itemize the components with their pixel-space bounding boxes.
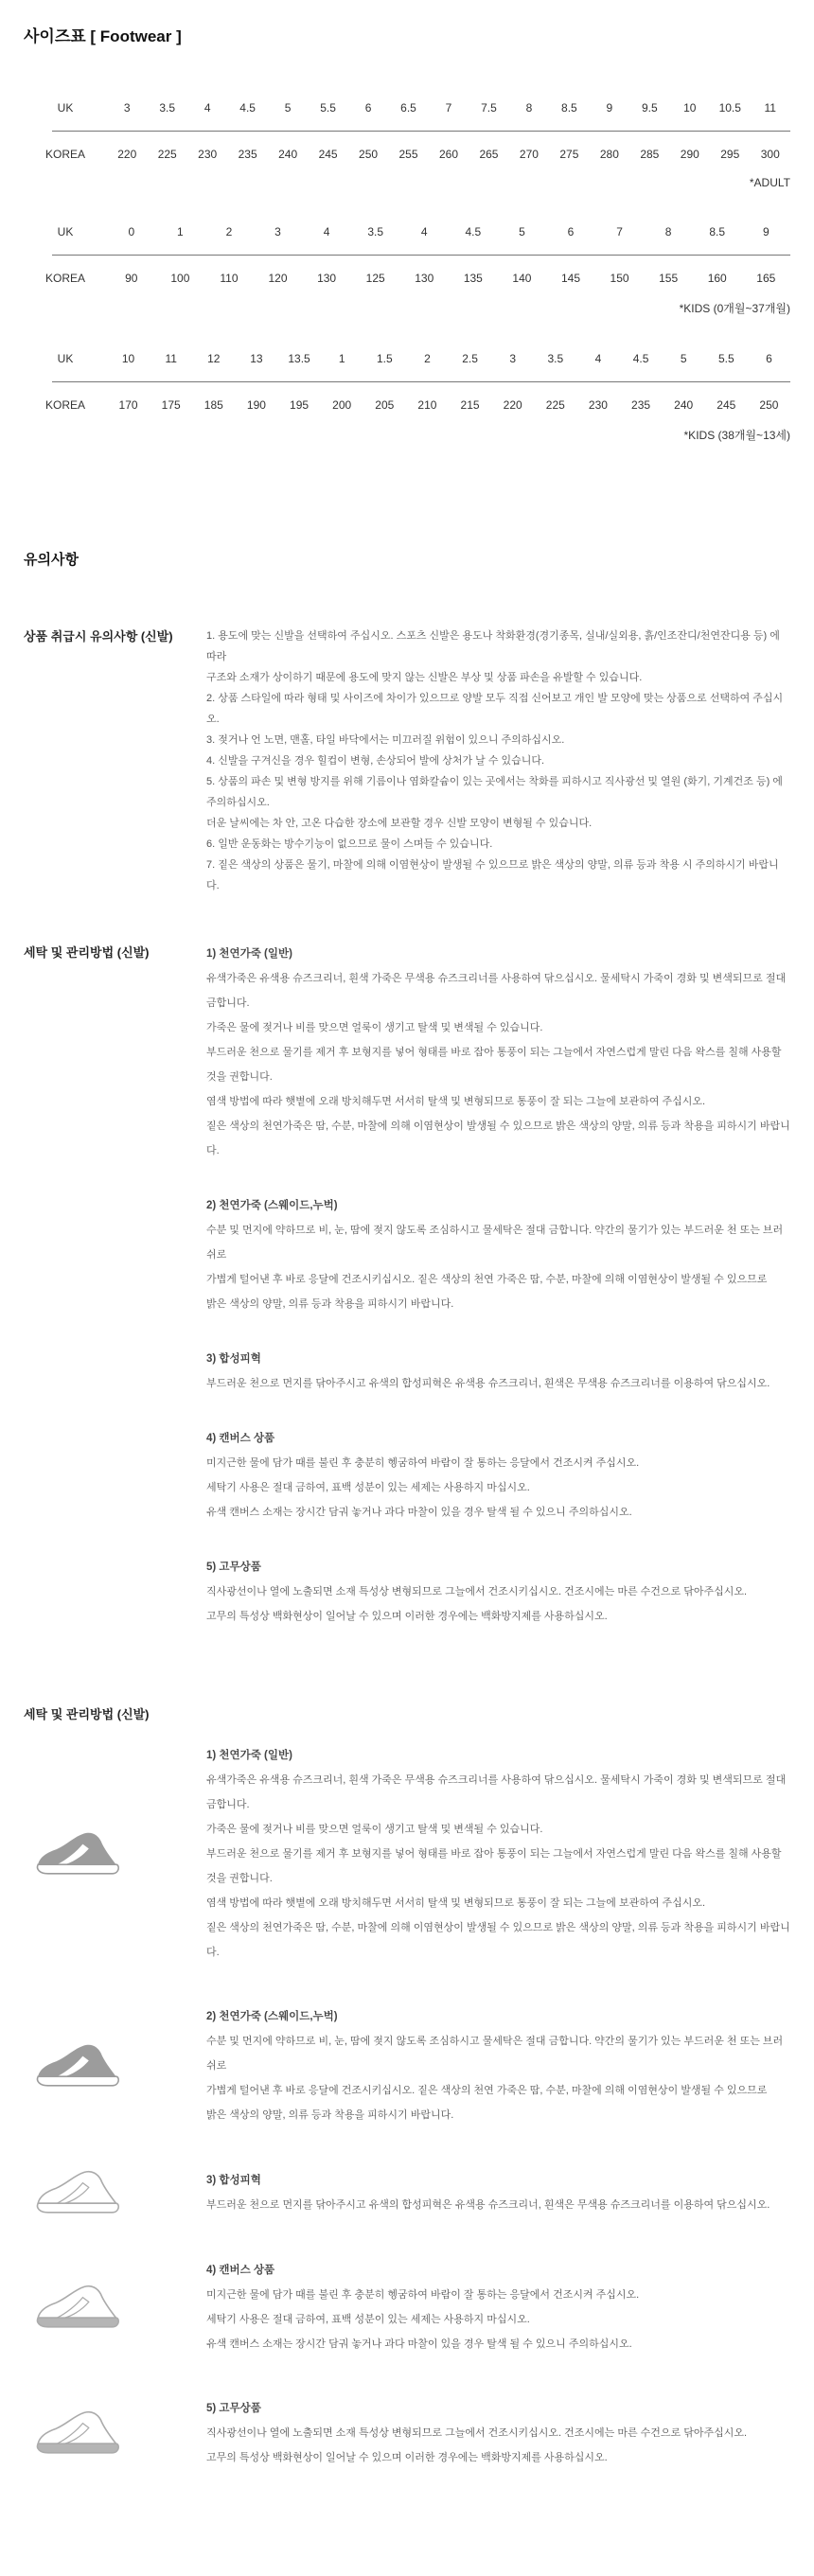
size-table-group: UK012343.544.556788.59KOREA9010011012013…	[24, 214, 790, 316]
size-value: 10	[670, 101, 710, 115]
size-value: 9	[742, 225, 791, 238]
care-section-label: 세탁 및 관리방법 (신발)	[24, 942, 206, 961]
size-value: 225	[147, 148, 186, 161]
size-table-group: UK33.544.555.566.577.588.599.51010.511KO…	[24, 90, 790, 189]
size-value: 140	[498, 272, 547, 285]
table-divider	[52, 255, 790, 256]
size-value: 200	[321, 398, 363, 412]
size-row-label: KOREA	[24, 398, 107, 412]
size-row-korea: KOREA17017518519019520020521021522022523…	[24, 387, 790, 423]
size-value: 1	[156, 225, 205, 238]
size-value: 4	[302, 225, 351, 238]
care-method-heading: 1) 천연가죽 (일반)	[206, 942, 790, 966]
size-value: 220	[491, 398, 534, 412]
size-value: 2.5	[449, 352, 491, 365]
care-method-line: 가죽은 물에 젖거나 비를 맞으면 얼룩이 생기고 탈색 및 변색될 수 있습니…	[206, 1817, 790, 1842]
size-value: 2	[406, 352, 449, 365]
size-row-label: UK	[24, 225, 107, 238]
footwear-info-page: 사이즈표 [ Footwear ] UK33.544.555.566.577.5…	[0, 0, 814, 2576]
size-value: 230	[187, 148, 227, 161]
size-value: 10.5	[710, 101, 750, 115]
size-table-group: UK1011121313.511.522.533.544.555.56KOREA…	[24, 341, 790, 443]
handling-instruction-line: 4. 신발을 구겨신을 경우 힐컵이 변형, 손상되어 발에 상처가 날 수 있…	[206, 750, 790, 771]
size-value: 250	[748, 398, 790, 412]
handling-instruction-line: 7. 짙은 색상의 상품은 물기, 마찰에 의해 이염현상이 발생될 수 있으므…	[206, 855, 790, 896]
size-value: 4.5	[227, 101, 267, 115]
size-value: 170	[107, 398, 150, 412]
size-footnote: *KIDS (0개월~37개월)	[24, 296, 790, 316]
care-icon-text: 4) 캔버스 상품미지근한 물에 담가 때를 불린 후 충분히 헹굼하여 바람이…	[206, 2258, 790, 2356]
care-icon-cell	[24, 1828, 206, 1879]
size-value: 4.5	[620, 352, 663, 365]
size-value: 3.5	[147, 101, 186, 115]
size-value: 6	[348, 101, 388, 115]
size-value: 4	[576, 352, 619, 365]
care-icon-cell	[24, 2408, 206, 2459]
size-value: 2	[204, 225, 254, 238]
care-method-section: 4) 캔버스 상품미지근한 물에 담가 때를 불린 후 충분히 헹굼하여 바람이…	[206, 1426, 790, 1525]
care-method-line: 염색 방법에 따라 햇볕에 오래 방치해두면 서서히 탈색 및 변형되므로 통풍…	[206, 1891, 790, 1915]
size-value: 285	[629, 148, 669, 161]
size-value: 135	[449, 272, 498, 285]
table-divider	[52, 131, 790, 132]
size-value: 150	[595, 272, 645, 285]
size-value: 8.5	[693, 225, 742, 238]
size-value: 240	[268, 148, 308, 161]
handling-instruction-line: 더운 날씨에는 차 안, 고온 다습한 장소에 보관할 경우 신발 모양이 변형…	[206, 813, 790, 834]
care-method-line: 직사광선이나 열에 노출되면 소재 특성상 변형되므로 그늘에서 건조시키십시오…	[206, 1579, 790, 1604]
care-method-section: 1) 천연가죽 (일반)유색가죽은 유색용 슈즈크리너, 흰색 가죽은 무색용 …	[206, 942, 790, 1163]
size-value: 1.5	[363, 352, 406, 365]
handling-instruction-line: 3. 젖거나 언 노면, 맨홀, 타일 바닥에서는 미끄러질 위험이 있으니 주…	[206, 730, 790, 750]
care-method-line: 가죽은 물에 젖거나 비를 맞으면 얼룩이 생기고 탈색 및 변색될 수 있습니…	[206, 1015, 790, 1040]
size-value: 165	[742, 272, 791, 285]
care-icon-instructions: 1) 천연가죽 (일반)유색가죽은 유색용 슈즈크리너, 흰색 가죽은 무색용 …	[24, 1743, 790, 2470]
size-value: 130	[302, 272, 351, 285]
size-value: 9	[590, 101, 629, 115]
care-method-heading: 2) 천연가죽 (스웨이드,누벅)	[206, 2004, 790, 2029]
care-method-heading: 5) 고무상품	[206, 1555, 790, 1579]
size-value: 6	[546, 225, 595, 238]
size-value: 175	[150, 398, 192, 412]
care-method-line: 세탁기 사용은 절대 금하여, 표백 성분이 있는 세제는 사용하지 마십시오.	[206, 1475, 790, 1500]
size-row-label: UK	[24, 352, 107, 365]
size-value: 13	[235, 352, 277, 365]
size-value: 1	[321, 352, 363, 365]
size-value: 155	[644, 272, 693, 285]
care-method-heading: 5) 고무상품	[206, 2396, 790, 2421]
size-value: 8.5	[549, 101, 589, 115]
size-row-uk: UK1011121313.511.522.533.544.555.56	[24, 341, 790, 377]
size-value: 300	[751, 148, 790, 161]
care-method-line: 고무의 특성상 백화현상이 일어날 수 있으며 이러한 경우에는 백화방지제를 …	[206, 1604, 790, 1629]
care-method-line: 부드러운 천으로 먼지를 닦아주시고 유색의 합성피혁은 유색용 슈즈크리너, …	[206, 2193, 790, 2217]
care-icons-section: 세탁 및 관리방법 (신발) 1) 천연가죽 (일반)유색가죽은 유색용 슈즈크…	[24, 1704, 790, 2470]
sneaker-outline-graysole-icon	[31, 2408, 122, 2459]
size-value: 0	[107, 225, 156, 238]
size-value: 205	[363, 398, 406, 412]
care-method-line: 세탁기 사용은 절대 금하여, 표백 성분이 있는 세제는 사용하지 마십시오.	[206, 2307, 790, 2332]
care-icon-text: 2) 천연가죽 (스웨이드,누벅)수분 및 먼지에 약하므로 비, 눈, 땀에 …	[206, 2004, 790, 2127]
care-method-section: 3) 합성피혁부드러운 천으로 먼지를 닦아주시고 유색의 합성피혁은 유색용 …	[206, 1347, 790, 1396]
size-value: 245	[705, 398, 748, 412]
care-method-heading: 3) 합성피혁	[206, 1347, 790, 1371]
sneaker-outline-graysole-icon	[31, 2282, 122, 2333]
care-method-line: 유색가죽은 유색용 슈즈크리너, 흰색 가죽은 무색용 슈즈크리너를 사용하여 …	[206, 1768, 790, 1817]
handling-section-label: 상품 취급시 유의사항 (신발)	[24, 626, 206, 644]
size-row-korea: KOREA90100110120130125130135140145150155…	[24, 260, 790, 296]
size-footnote: *ADULT	[24, 172, 790, 189]
sneaker-solid-icon	[31, 2040, 122, 2091]
care-method-line: 염색 방법에 따라 햇볕에 오래 방치해두면 서서히 탈색 및 변형되므로 통풍…	[206, 1089, 790, 1114]
care-method-section: 2) 천연가죽 (스웨이드,누벅)수분 및 먼지에 약하므로 비, 눈, 땀에 …	[206, 1193, 790, 1316]
size-value: 190	[235, 398, 277, 412]
care-method-icon-row: 4) 캔버스 상품미지근한 물에 담가 때를 불린 후 충분히 헹굼하여 바람이…	[24, 2258, 790, 2356]
care-method-icon-row: 3) 합성피혁부드러운 천으로 먼지를 닦아주시고 유색의 합성피혁은 유색용 …	[24, 2167, 790, 2218]
sneaker-outline-icon	[31, 2167, 122, 2218]
size-value: 280	[590, 148, 629, 161]
care-method-icon-row: 2) 천연가죽 (스웨이드,누벅)수분 및 먼지에 약하므로 비, 눈, 땀에 …	[24, 2004, 790, 2127]
size-row-label: KOREA	[24, 148, 107, 161]
size-value: 12	[192, 352, 235, 365]
size-value: 10	[107, 352, 150, 365]
size-value: 225	[534, 398, 576, 412]
care-method-line: 가볍게 털어낸 후 바로 응달에 건조시키십시오. 짙은 색상의 천연 가죽은 …	[206, 2078, 790, 2103]
size-value: 7.5	[469, 101, 508, 115]
care-instructions: 1) 천연가죽 (일반)유색가죽은 유색용 슈즈크리너, 흰색 가죽은 무색용 …	[206, 942, 790, 1659]
size-value: 270	[509, 148, 549, 161]
care-icons-section-label: 세탁 및 관리방법 (신발)	[24, 1704, 790, 1722]
size-value: 210	[406, 398, 449, 412]
size-value: 215	[449, 398, 491, 412]
size-value: 240	[663, 398, 705, 412]
care-method-icon-row: 5) 고무상품직사광선이나 열에 노출되면 소재 특성상 변형되므로 그늘에서 …	[24, 2396, 790, 2470]
care-method-line: 부드러운 천으로 물기를 제거 후 보형지를 넣어 형태를 바로 잡아 통풍이 …	[206, 1842, 790, 1891]
handling-instruction-line: 구조와 소재가 상이하기 때문에 용도에 맞지 않는 신발은 부상 및 상품 파…	[206, 667, 790, 688]
size-value: 5.5	[705, 352, 748, 365]
sneaker-solid-icon	[31, 1828, 122, 1879]
size-value: 260	[429, 148, 469, 161]
size-value: 195	[278, 398, 321, 412]
size-value: 6	[748, 352, 790, 365]
size-value: 3.5	[351, 225, 400, 238]
care-method-heading: 4) 캔버스 상품	[206, 1426, 790, 1451]
size-value: 8	[644, 225, 693, 238]
size-value: 145	[546, 272, 595, 285]
size-value: 130	[399, 272, 449, 285]
size-value: 120	[254, 272, 303, 285]
care-method-line: 짙은 색상의 천연가죽은 땀, 수분, 마찰에 의해 이염현상이 발생될 수 있…	[206, 1915, 790, 1965]
care-icon-text: 3) 합성피혁부드러운 천으로 먼지를 닦아주시고 유색의 합성피혁은 유색용 …	[206, 2168, 790, 2217]
care-method-line: 유색가죽은 유색용 슈즈크리너, 흰색 가죽은 무색용 슈즈크리너를 사용하여 …	[206, 966, 790, 1015]
size-row-label: KOREA	[24, 272, 107, 285]
size-value: 5.5	[308, 101, 347, 115]
size-value: 4.5	[449, 225, 498, 238]
care-method-section: 5) 고무상품직사광선이나 열에 노출되면 소재 특성상 변형되므로 그늘에서 …	[206, 1555, 790, 1629]
size-value: 3	[491, 352, 534, 365]
size-value: 5	[663, 352, 705, 365]
size-value: 250	[348, 148, 388, 161]
size-value: 185	[192, 398, 235, 412]
care-icon-cell	[24, 2040, 206, 2091]
care-method-line: 부드러운 천으로 먼지를 닦아주시고 유색의 합성피혁은 유색용 슈즈크리너, …	[206, 1371, 790, 1396]
care-method-icon-row: 1) 천연가죽 (일반)유색가죽은 유색용 슈즈크리너, 흰색 가죽은 무색용 …	[24, 1743, 790, 1965]
size-value: 11	[751, 101, 790, 115]
care-method-line: 수분 및 먼지에 약하므로 비, 눈, 땀에 젖지 않도록 조심하시고 물세탁은…	[206, 1218, 790, 1267]
table-divider	[52, 381, 790, 382]
size-value: 11	[150, 352, 192, 365]
size-value: 6.5	[388, 101, 428, 115]
size-value: 160	[693, 272, 742, 285]
size-value: 4	[187, 101, 227, 115]
size-value: 295	[710, 148, 750, 161]
handling-instruction-line: 1. 용도에 맞는 신발을 선택하여 주십시오. 스포츠 신발은 용도나 착화환…	[206, 626, 790, 667]
care-icon-text: 5) 고무상품직사광선이나 열에 노출되면 소재 특성상 변형되므로 그늘에서 …	[206, 2396, 790, 2470]
handling-instruction-line: 5. 상품의 파손 및 변형 방지를 위해 기름이나 염화칼슘이 있는 곳에서는…	[206, 771, 790, 813]
handling-instruction-line: 6. 일반 운동화는 방수기능이 없으므로 물이 스며들 수 있습니다.	[206, 834, 790, 855]
size-value: 125	[351, 272, 400, 285]
notice-title: 유의사항	[24, 549, 790, 569]
care-method-line: 고무의 특성상 백화현상이 일어날 수 있으며 이러한 경우에는 백화방지제를 …	[206, 2445, 790, 2470]
size-row-korea: KOREA22022523023524024525025526026527027…	[24, 136, 790, 172]
size-value: 9.5	[629, 101, 669, 115]
care-icon-text: 1) 천연가죽 (일반)유색가죽은 유색용 슈즈크리너, 흰색 가죽은 무색용 …	[206, 1743, 790, 1965]
size-value: 230	[576, 398, 619, 412]
size-value: 275	[549, 148, 589, 161]
size-value: 5	[268, 101, 308, 115]
care-method-line: 짙은 색상의 천연가죽은 땀, 수분, 마찰에 의해 이염현상이 발생될 수 있…	[206, 1114, 790, 1163]
size-value: 3.5	[534, 352, 576, 365]
size-value: 90	[107, 272, 156, 285]
size-row-uk: UK33.544.555.566.577.588.599.51010.511	[24, 90, 790, 126]
size-value: 255	[388, 148, 428, 161]
size-value: 245	[308, 148, 347, 161]
size-value: 220	[107, 148, 147, 161]
handling-section: 상품 취급시 유의사항 (신발) 1. 용도에 맞는 신발을 선택하여 주십시오…	[24, 626, 790, 896]
size-value: 13.5	[278, 352, 321, 365]
size-row-uk: UK012343.544.556788.59	[24, 214, 790, 250]
care-method-line: 부드러운 천으로 물기를 제거 후 보형지를 넣어 형태를 바로 잡아 통풍이 …	[206, 1040, 790, 1089]
size-value: 100	[156, 272, 205, 285]
care-method-line: 유색 캔버스 소재는 장시간 담궈 놓거나 과다 마찰이 있을 경우 탈색 될 …	[206, 2332, 790, 2356]
size-value: 3	[254, 225, 303, 238]
care-method-line: 직사광선이나 열에 노출되면 소재 특성상 변형되므로 그늘에서 건조시키십시오…	[206, 2421, 790, 2445]
size-value: 265	[469, 148, 508, 161]
care-method-line: 미지근한 물에 담가 때를 불린 후 충분히 헹굼하여 바람이 잘 통하는 응달…	[206, 1451, 790, 1475]
care-method-heading: 1) 천연가죽 (일반)	[206, 1743, 790, 1768]
size-table-container: UK33.544.555.566.577.588.599.51010.511KO…	[24, 90, 790, 443]
care-method-line: 수분 및 먼지에 약하므로 비, 눈, 땀에 젖지 않도록 조심하시고 물세탁은…	[206, 2029, 790, 2078]
care-icon-cell	[24, 2167, 206, 2218]
size-value: 235	[227, 148, 267, 161]
size-value: 3	[107, 101, 147, 115]
care-section: 세탁 및 관리방법 (신발) 1) 천연가죽 (일반)유색가죽은 유색용 슈즈크…	[24, 942, 790, 1659]
handling-instruction-line: 2. 상품 스타일에 따라 형태 및 사이즈에 차이가 있으므로 양발 모두 직…	[206, 688, 790, 730]
care-method-heading: 2) 천연가죽 (스웨이드,누벅)	[206, 1193, 790, 1218]
care-icon-cell	[24, 2282, 206, 2333]
size-footnote: *KIDS (38개월~13세)	[24, 423, 790, 443]
care-method-line: 밝은 색상의 양말, 의류 등과 착용을 피하시기 바랍니다.	[206, 2103, 790, 2127]
size-value: 7	[429, 101, 469, 115]
care-method-heading: 4) 캔버스 상품	[206, 2258, 790, 2283]
size-value: 8	[509, 101, 549, 115]
page-title: 사이즈표 [ Footwear ]	[24, 23, 790, 46]
size-value: 110	[204, 272, 254, 285]
size-value: 4	[399, 225, 449, 238]
size-row-label: UK	[24, 101, 107, 115]
size-value: 235	[620, 398, 663, 412]
care-method-line: 미지근한 물에 담가 때를 불린 후 충분히 헹굼하여 바람이 잘 통하는 응달…	[206, 2283, 790, 2307]
size-value: 7	[595, 225, 645, 238]
size-value: 5	[498, 225, 547, 238]
care-method-heading: 3) 합성피혁	[206, 2168, 790, 2193]
care-method-line: 가볍게 털어낸 후 바로 응달에 건조시키십시오. 짙은 색상의 천연 가죽은 …	[206, 1267, 790, 1292]
handling-instructions: 1. 용도에 맞는 신발을 선택하여 주십시오. 스포츠 신발은 용도나 착화환…	[206, 626, 790, 896]
size-value: 290	[670, 148, 710, 161]
care-method-line: 유색 캔버스 소재는 장시간 담궈 놓거나 과다 마찰이 있을 경우 탈색 될 …	[206, 1500, 790, 1525]
care-method-line: 밝은 색상의 양말, 의류 등과 착용을 피하시기 바랍니다.	[206, 1292, 790, 1316]
